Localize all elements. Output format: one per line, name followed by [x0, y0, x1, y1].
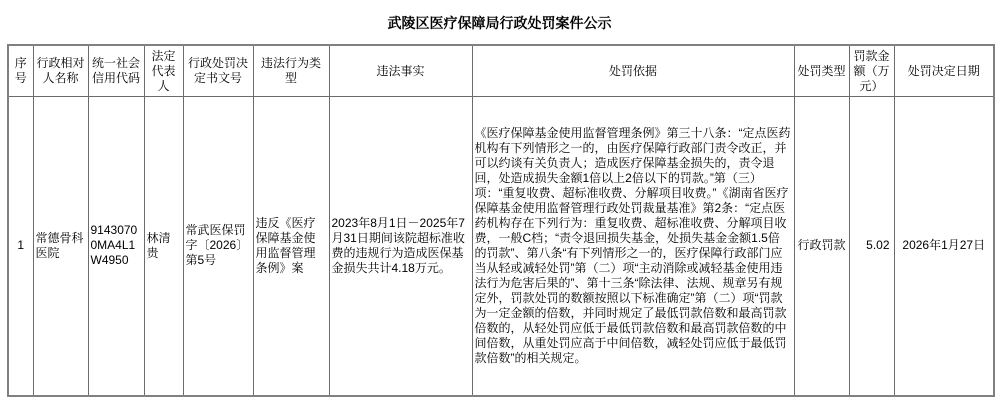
column-header-decision-date: 处罚决定日期: [894, 45, 994, 97]
cell-violation-facts: 2023年8月1日－2025年7月31日期间该院超标准收费的违规行为造成医保基金…: [329, 97, 472, 396]
cell-decision-doc-no: 常武医保罚字〔2026〕第5号: [183, 97, 253, 396]
cell-penalty-basis: 《医疗保障基金使用监督管理条例》第三十八条：“定点医药机构有下列情形之一的，由医…: [472, 97, 794, 396]
column-header-fine-amount: 罚款金额（万元）: [849, 45, 894, 97]
column-header-credit-code: 统一社会信用代码: [88, 45, 144, 97]
column-header-legal-representative: 法定代表人: [144, 45, 183, 97]
column-header-penalty-type: 处罚类型: [794, 45, 849, 97]
cell-violation-type: 违反《医疗保障基金使用监督管理条例》案: [253, 97, 329, 396]
column-header-violation-facts: 违法事实: [329, 45, 472, 97]
cell-party-name: 常德骨科医院: [33, 97, 88, 396]
column-header-penalty-basis: 处罚依据: [472, 45, 794, 97]
penalty-table: 序号 行政相对人名称 统一社会信用代码 法定代表人 行政处罚决定书文号 违法行为…: [7, 44, 995, 397]
column-header-violation-type: 违法行为类型: [253, 45, 329, 97]
cell-penalty-type: 行政罚款: [794, 97, 849, 396]
header-row: 序号 行政相对人名称 统一社会信用代码 法定代表人 行政处罚决定书文号 违法行为…: [8, 45, 994, 97]
cell-legal-representative: 林清贵: [144, 97, 183, 396]
table-row: 1 常德骨科医院 91430700MA4L1W4950 林清贵 常武医保罚字〔2…: [8, 97, 994, 396]
cell-seq: 1: [8, 97, 33, 396]
cell-decision-date: 2026年1月27日: [894, 97, 994, 396]
cell-credit-code: 91430700MA4L1W4950: [88, 97, 144, 396]
page-title: 武陵区医疗保障局行政处罚案件公示: [0, 0, 999, 44]
cell-fine-amount: 5.02: [849, 97, 894, 396]
column-header-decision-doc-no: 行政处罚决定书文号: [183, 45, 253, 97]
column-header-party-name: 行政相对人名称: [33, 45, 88, 97]
column-header-seq: 序号: [8, 45, 33, 97]
